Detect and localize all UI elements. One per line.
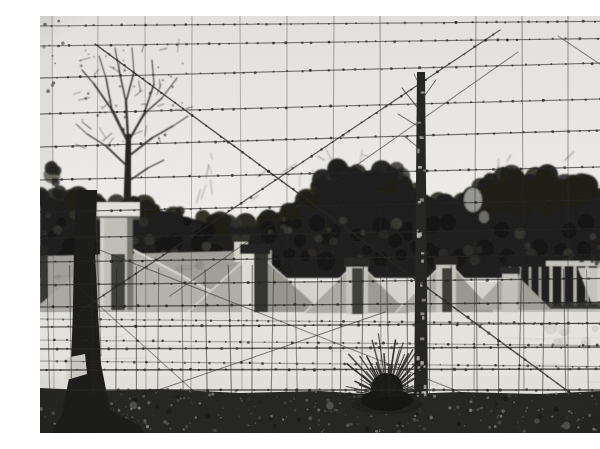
photo-svg — [40, 16, 600, 433]
photograph — [40, 16, 600, 433]
photo-finish — [40, 16, 600, 433]
